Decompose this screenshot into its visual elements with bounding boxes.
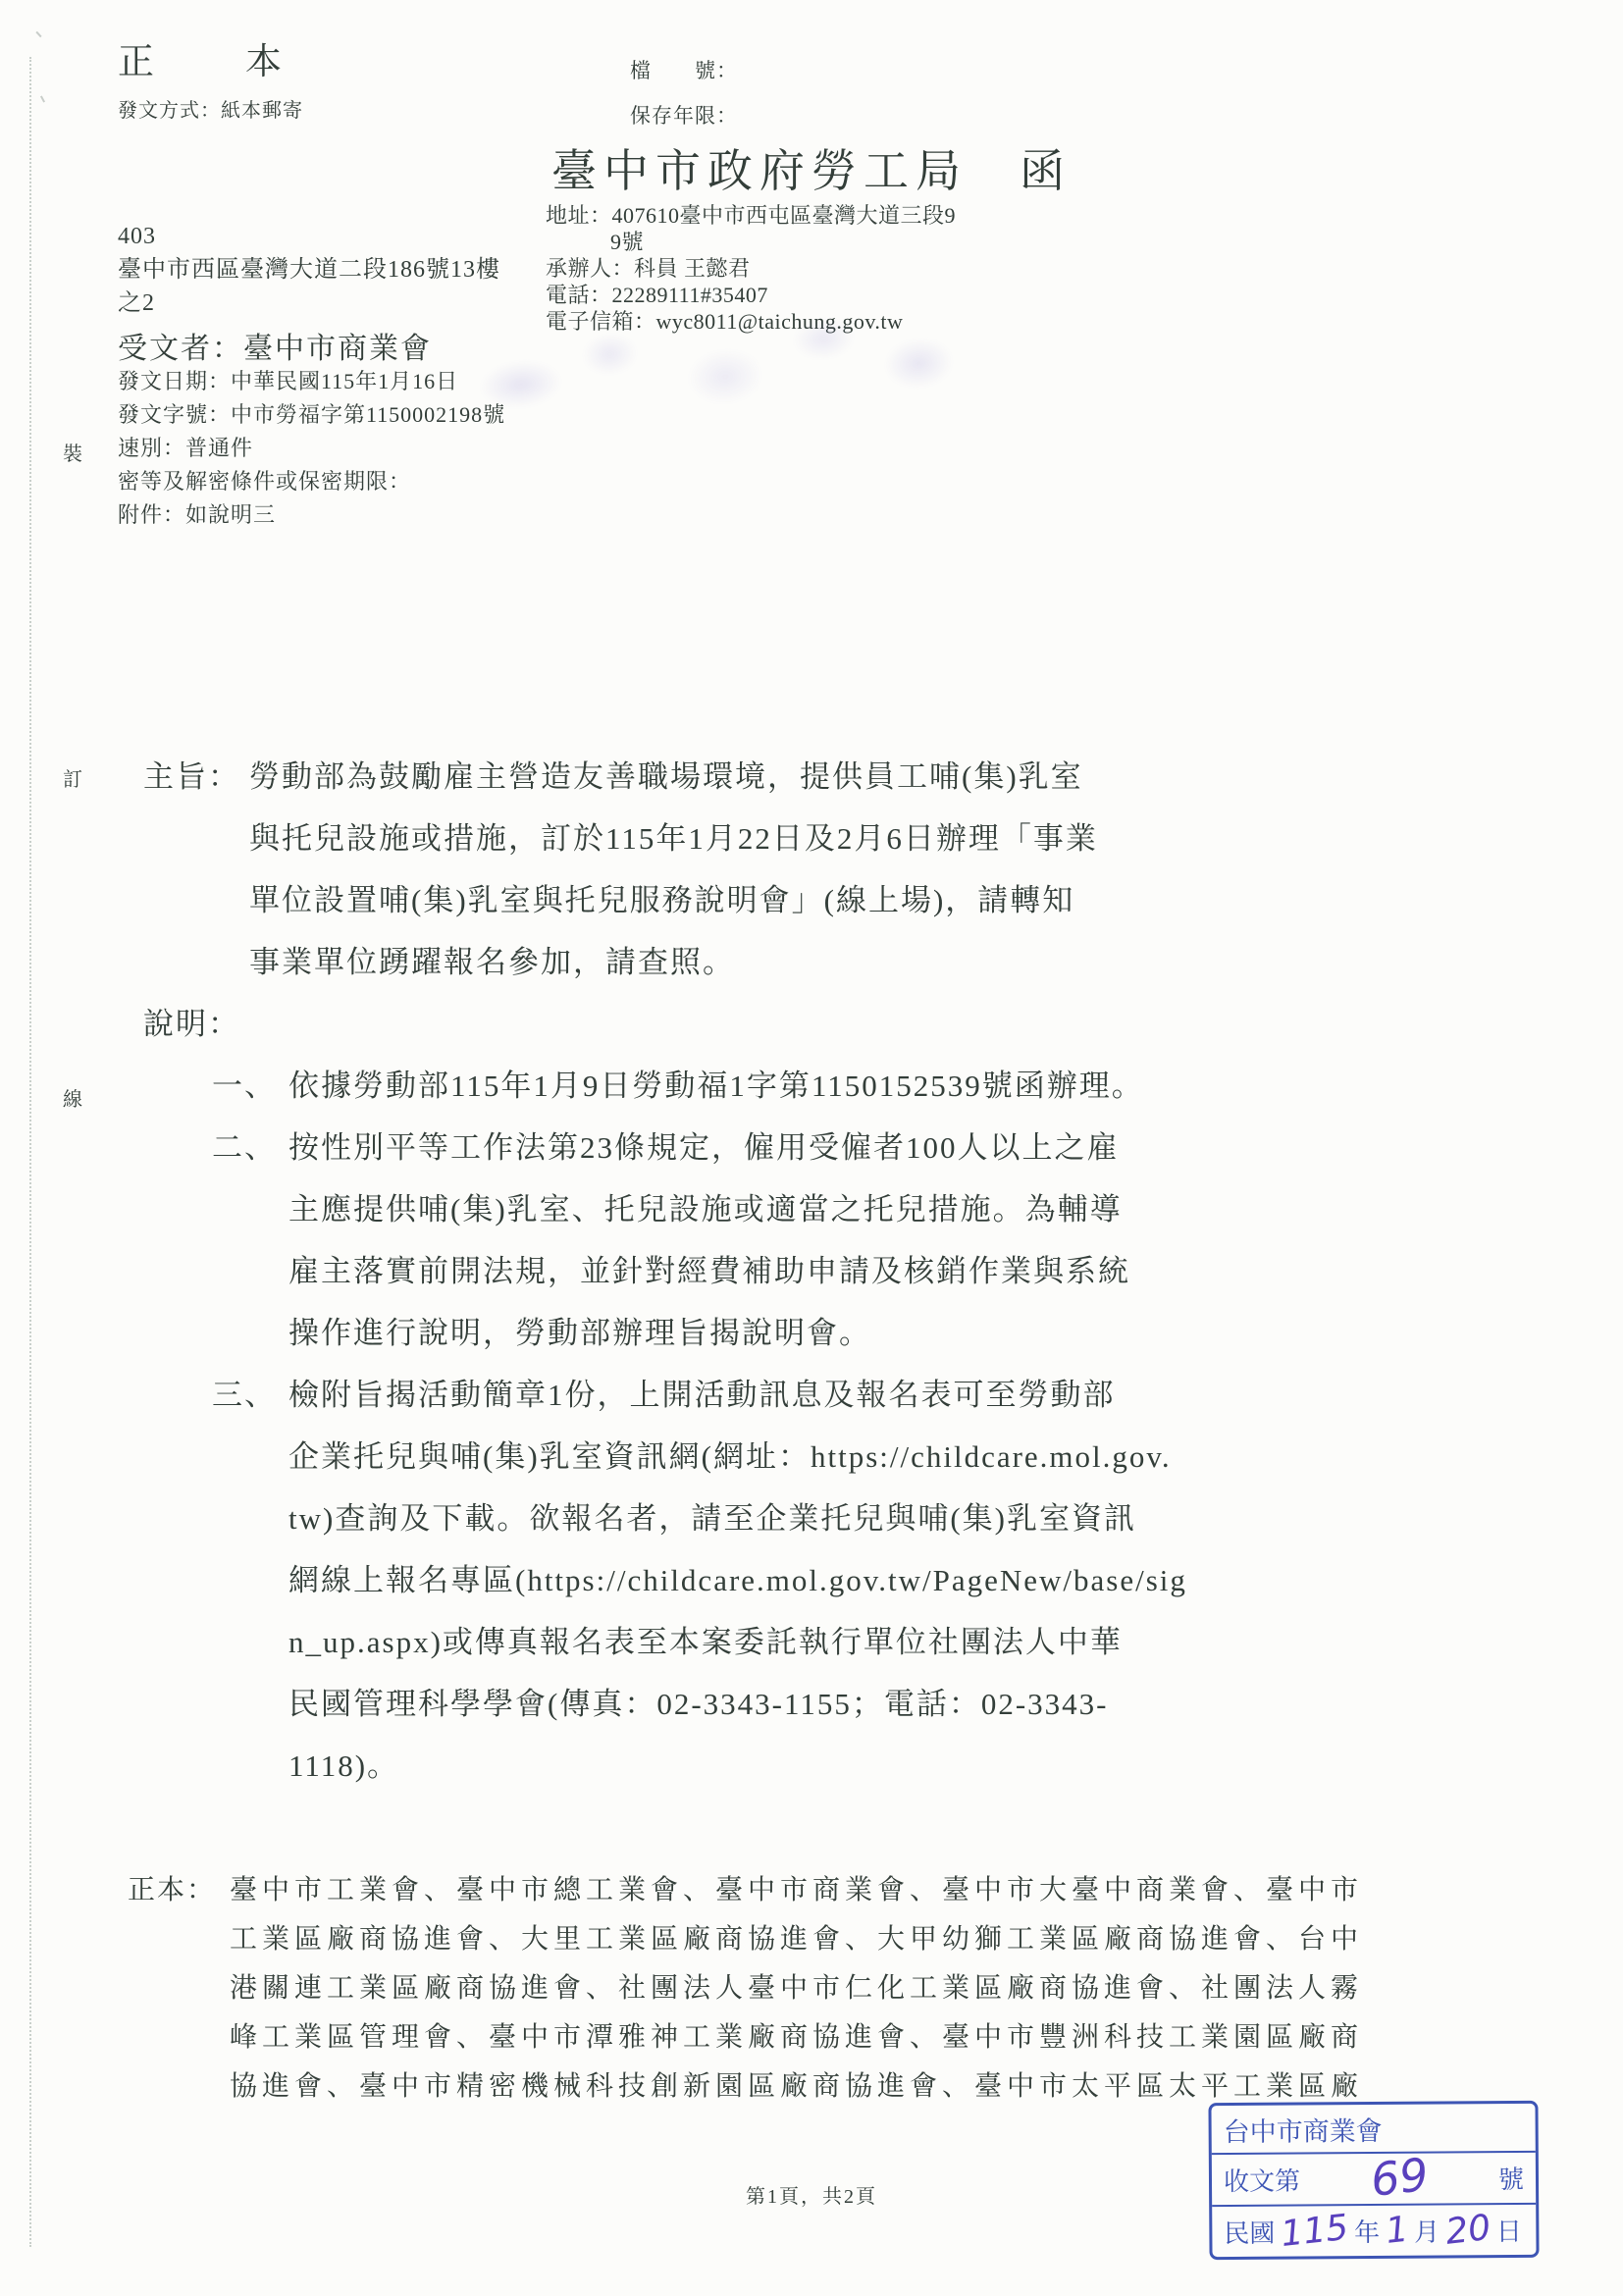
distribution-list: 正本：臺中市工業會、臺中市總工業會、臺中市商業會、臺中市大臺中商業會、臺中市 工…: [128, 1866, 1541, 2112]
binding-mark-ding: 訂: [63, 763, 82, 792]
issue-date: 發文日期：中華民國115年1月16日: [118, 365, 505, 398]
description-label: 說明：: [143, 993, 1262, 1055]
description-item-2-line: 操作進行說明，勞動部辦理旨揭說明會。: [288, 1302, 1262, 1364]
faint-ink-stamp: [453, 276, 975, 466]
issue-number: 發文字號：中市勞福字第1150002198號: [118, 398, 505, 432]
security-class: 密等及解密條件或保密期限：: [118, 465, 505, 498]
distribution-line: 工業區廠商協進會、大里工業區廠商協進會、大甲幼獅工業區廠商協進會、台中: [230, 1915, 1541, 1964]
description-item-3-line: 1118)。: [288, 1735, 1262, 1797]
scan-artifact: [40, 95, 45, 102]
attachment-note: 附件：如說明三: [118, 498, 505, 532]
receipt-stamp-org: 台中市商業會: [1211, 2104, 1535, 2153]
delivery-method: 發文方式：紙本郵寄: [118, 94, 303, 123]
receipt-stamp-date-row: 民國 115 年 1 月 20 日: [1212, 2203, 1536, 2257]
date-month-unit: 月: [1414, 2213, 1440, 2249]
subject-line: 單位設置哺(集)乳室與托兒服務說明會」(線上場)，請轉知: [249, 869, 1262, 931]
description-item-1: 一、依據勞動部115年1月9日勞動福1字第1150152539號函辦理。: [212, 1055, 1262, 1117]
description-item-3-line: 網線上報名專區(https://childcare.mol.gov.tw/Pag…: [288, 1549, 1262, 1611]
subject-line: 主旨：勞動部為鼓勵雇主營造友善職場環境，提供員工哺(集)乳室: [143, 746, 1262, 808]
file-number-label: 檔 號：: [630, 55, 738, 84]
scan-artifact: [35, 31, 41, 38]
description-item-3-line: n_up.aspx)或傳真報名表至本案委託執行單位社團法人中華: [288, 1611, 1262, 1673]
description-item-3: 三、檢附旨揭活動簡章1份，上開活動訊息及報名表可至勞動部: [212, 1364, 1262, 1426]
recipient-address-line1: 臺中市西區臺灣大道二段186號13樓: [118, 253, 500, 287]
date-day-unit: 日: [1496, 2212, 1522, 2248]
subject-line: 與托兒設施或措施，訂於115年1月22日及2月6日辦理「事業: [249, 808, 1262, 869]
distribution-label: 正本：: [128, 1866, 230, 1915]
document-title: 臺中市政府勞工局 函: [0, 135, 1623, 200]
recipient-address-block: 403 臺中市西區臺灣大道二段186號13樓 之2: [118, 220, 500, 320]
binding-mark-xian: 線: [63, 1083, 82, 1112]
date-month-handwritten: 1: [1384, 2212, 1410, 2249]
item-number: 二、: [212, 1117, 288, 1178]
recipient-address-line2: 之2: [118, 287, 500, 320]
item-number: 一、: [212, 1055, 288, 1117]
description-item-3-line: 民國管理科學學會(傳真：02-3343-1155；電話：02-3343-: [288, 1673, 1262, 1735]
date-era: 民國: [1224, 2214, 1275, 2250]
description-item-2: 二、按性別平等工作法第23條規定，僱用受僱者100人以上之雇: [212, 1117, 1262, 1178]
description-item-3-line: 企業托兒與哺(集)乳室資訊網(網址：https://childcare.mol.…: [288, 1426, 1262, 1487]
page-number-footer: 第1頁，共2頁: [0, 2180, 1623, 2209]
retention-period-label: 保存年限：: [630, 100, 738, 130]
recipient-zip: 403: [118, 220, 500, 253]
document-page: 裝 訂 線 正 本 發文方式：紙本郵寄 檔 號： 保存年限： 臺中市政府勞工局 …: [0, 0, 1623, 2296]
subject-label: 主旨：: [143, 746, 249, 808]
description-item-2-line: 主應提供哺(集)乳室、托兒設施或適當之托兒措施。為輔導: [288, 1178, 1262, 1240]
date-day-handwritten: 20: [1443, 2210, 1492, 2250]
document-meta-block: 發文日期：中華民國115年1月16日 發文字號：中市勞福字第1150002198…: [118, 365, 505, 532]
item-number: 三、: [212, 1364, 288, 1426]
binding-dotted-line: [29, 57, 31, 2247]
distribution-line: 峰工業區管理會、臺中市潭雅神工業廠商協進會、臺中市豐洲科技工業園區廠商: [230, 2013, 1541, 2062]
sender-contact: 承辦人：科員 王懿君: [546, 255, 956, 282]
date-year-handwritten: 115: [1280, 2210, 1350, 2252]
speed-class: 速別：普通件: [118, 432, 505, 465]
sender-address-line1: 地址：407610臺中市西屯區臺灣大道三段9: [546, 202, 956, 229]
binding-mark-zhuang: 裝: [63, 438, 82, 466]
date-year-unit: 年: [1354, 2213, 1380, 2249]
addressee-line: 受文者：臺中市商業會: [118, 324, 432, 367]
copy-type-label: 正 本: [118, 31, 309, 84]
distribution-line: 正本：臺中市工業會、臺中市總工業會、臺中市商業會、臺中市大臺中商業會、臺中市: [128, 1866, 1541, 1915]
description-item-3-line: tw)查詢及下載。欲報名者，請至企業托兒與哺(集)乳室資訊: [288, 1487, 1262, 1549]
document-body: 主旨：勞動部為鼓勵雇主營造友善職場環境，提供員工哺(集)乳室 與托兒設施或措施，…: [143, 746, 1262, 1797]
subject-line: 事業單位踴躍報名參加，請查照。: [249, 931, 1262, 993]
distribution-line: 港關連工業區廠商協進會、社團法人臺中市仁化工業區廠商協進會、社團法人霧: [230, 1964, 1541, 2013]
description-item-2-line: 雇主落實前開法規，並針對經費補助申請及核銷作業與系統: [288, 1240, 1262, 1302]
sender-address-line2: 9號: [546, 229, 956, 255]
